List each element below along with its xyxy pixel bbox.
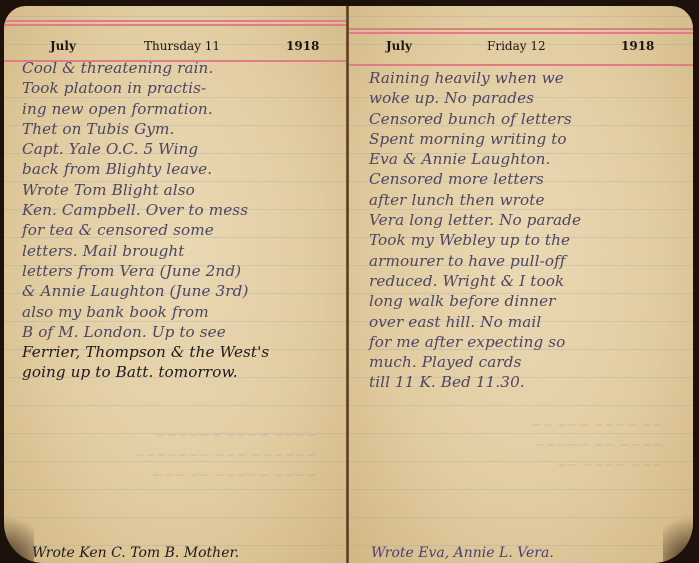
entry-line: over east hill. No mail [369, 312, 679, 332]
entry-line: letters. Mail brought [22, 241, 333, 261]
header-rule-top [4, 20, 347, 22]
header-rule-top-2 [4, 24, 347, 26]
entry-line: back from Blighty leave. [22, 159, 333, 179]
header-rule-bottom [349, 64, 693, 66]
header-month: July [50, 39, 76, 53]
entry-line: Took platoon in practis- [22, 78, 333, 98]
header-day: Thursday 11 [144, 39, 220, 53]
bleed-through-text: ~~~~ ~~~~ ~~~~~~ ~~~~~~ ~~~ ~~~~~~~ ~~~~… [44, 426, 317, 486]
entry-line: much. Played cards [369, 352, 679, 372]
entry-line: Ken. Campbell. Over to mess [22, 200, 333, 220]
left-page: July Thursday 11 1918 Cool & threatening… [4, 6, 347, 563]
entry-line: after lunch then wrote [369, 190, 679, 210]
entry-line: Raining heavily when we [369, 68, 679, 88]
entry-line: for tea & censored some [22, 220, 333, 240]
header-rule-top-2 [349, 32, 693, 34]
entry-line: for me after expecting so [369, 332, 679, 352]
header-month: July [386, 39, 412, 53]
entry-line: Thet on Tubis Gym. [22, 119, 333, 139]
header-day: Friday 12 [487, 39, 546, 53]
page-header: July Friday 12 1918 [349, 35, 693, 61]
entry-line: Censored more letters [369, 169, 679, 189]
diary-entry: Raining heavily when we woke up. No para… [369, 68, 679, 393]
entry-line: armourer to have pull-off [369, 251, 679, 271]
entry-line: Spent morning writing to [369, 129, 679, 149]
entry-line: reduced. Wright & I took [369, 271, 679, 291]
header-rule-top [349, 28, 693, 30]
entry-line: also my bank book from [22, 302, 333, 322]
header-year: 1918 [621, 39, 654, 53]
entry-line: till 11 K. Bed 11.30. [369, 372, 679, 392]
entry-line: Took my Webley up to the [369, 230, 679, 250]
diary-spread: July Thursday 11 1918 Cool & threatening… [0, 0, 699, 563]
entry-line: B of M. London. Up to see [22, 322, 333, 342]
entry-line: long walk before dinner [369, 291, 679, 311]
entry-line: Wrote Tom Blight also [22, 180, 333, 200]
entry-line: Vera long letter. No parade [369, 210, 679, 230]
entry-line: & Annie Laughton (June 3rd) [22, 281, 333, 301]
page-footer-note: Wrote Eva, Annie L. Vera. [371, 545, 554, 561]
entry-line: Cool & threatening rain. [22, 58, 333, 78]
page-corner-shadow [663, 503, 693, 563]
entry-line: woke up. No parades [369, 88, 679, 108]
page-corner-shadow [4, 503, 34, 563]
right-page: July Friday 12 1918 Raining heavily when… [349, 6, 693, 563]
entry-line: Eva & Annie Laughton. [369, 149, 679, 169]
page-footer-note: Wrote Ken C. Tom B. Mother. [32, 545, 239, 561]
entry-line: Ferrier, Thompson & the West's [22, 342, 333, 362]
bleed-through-text: ~~ ~~~~ ~~~ ~~ ~~~~ ~~ ~~~~~ ~~~ ~~~~ ~~ [389, 416, 663, 476]
entry-line: ing new open formation. [22, 99, 333, 119]
entry-line: going up to Batt. tomorrow. [22, 362, 333, 382]
entry-line: letters from Vera (June 2nd) [22, 261, 333, 281]
entry-line: Capt. Yale O.C. 5 Wing [22, 139, 333, 159]
entry-line: Censored bunch of letters [369, 109, 679, 129]
header-year: 1918 [286, 39, 319, 53]
diary-entry: Cool & threatening rain. Took platoon in… [22, 58, 333, 383]
